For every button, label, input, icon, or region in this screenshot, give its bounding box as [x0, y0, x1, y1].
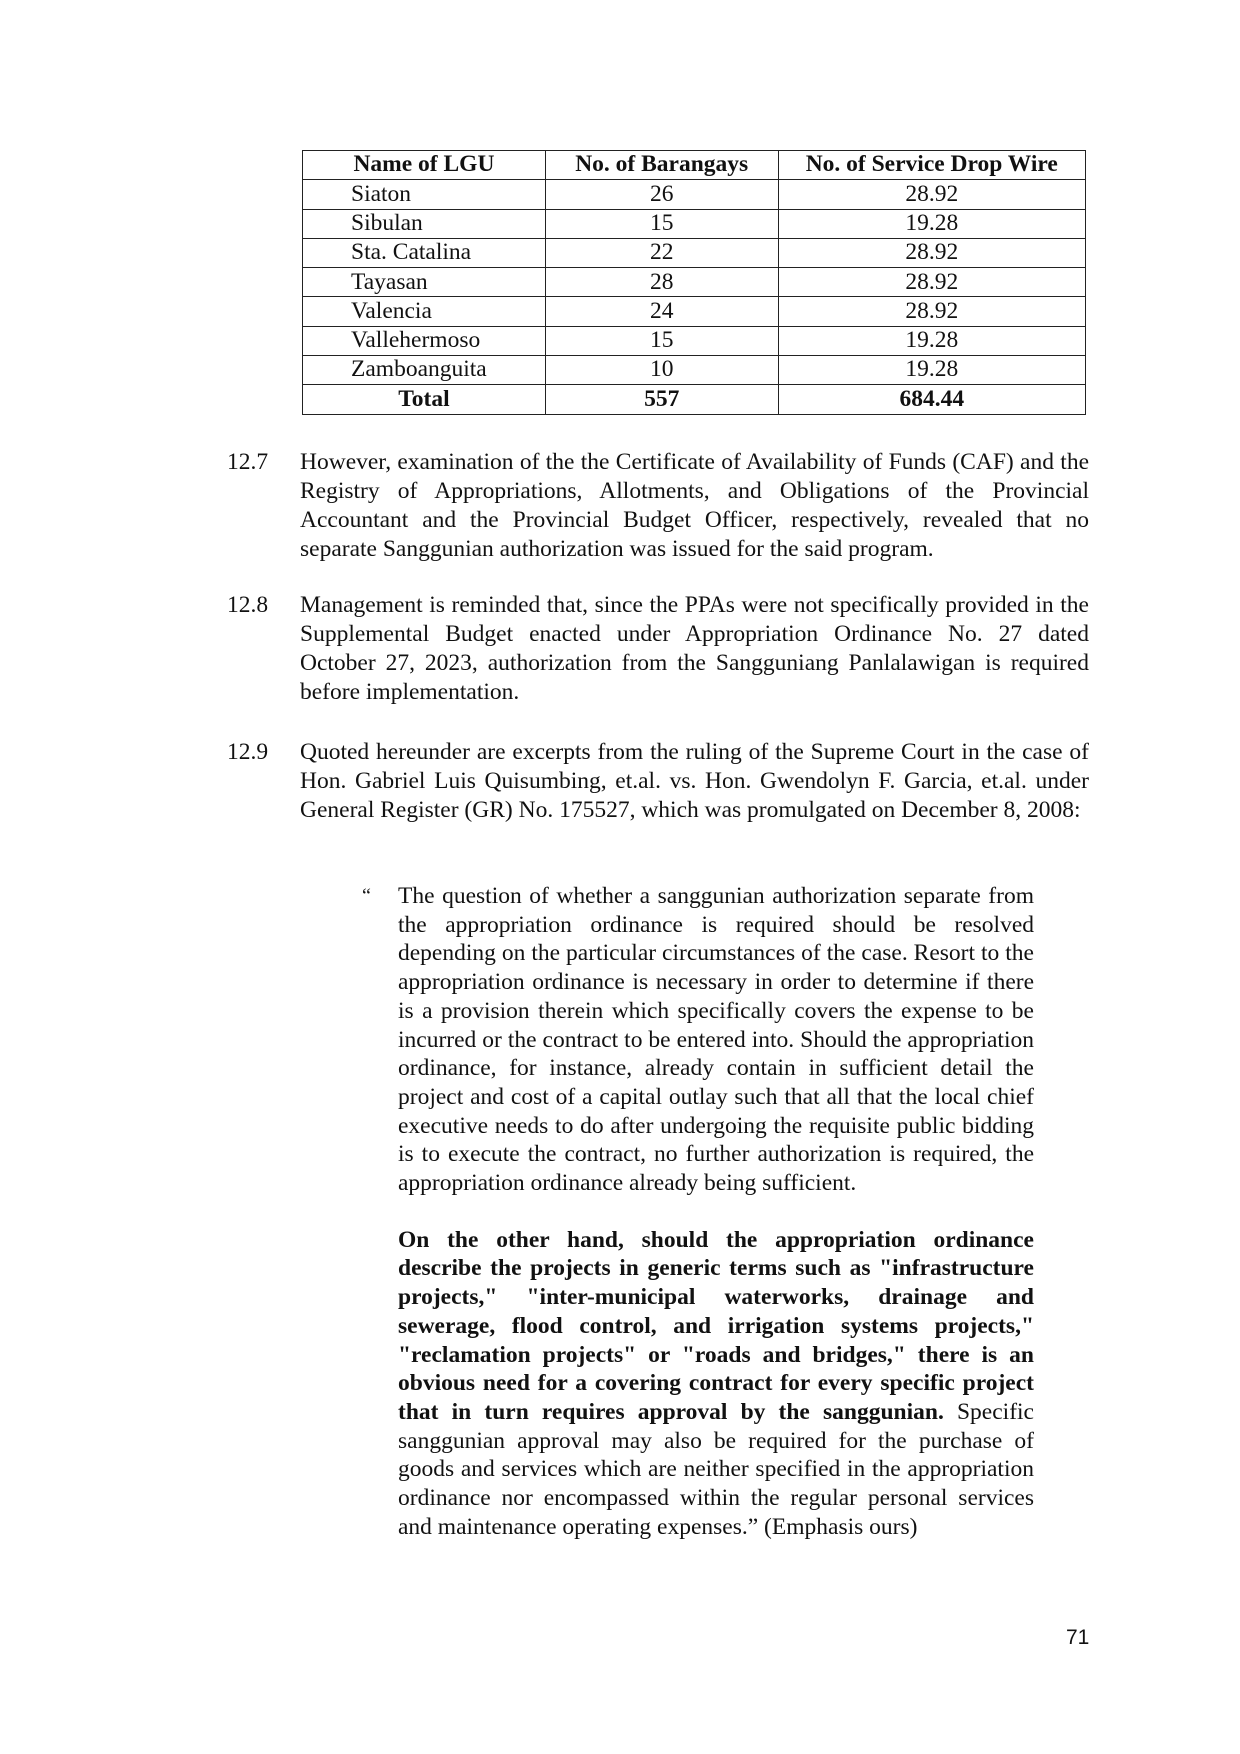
barangay-count: 26 — [545, 180, 778, 209]
quote-emphasis: On the other hand, should the appropriat… — [398, 1227, 1034, 1425]
paragraph-12-9: 12.9 Quoted hereunder are excerpts from … — [227, 738, 1089, 825]
table-header-row: Name of LGU No. of Barangays No. of Serv… — [303, 151, 1086, 180]
service-drop-wire-count: 28.92 — [778, 238, 1085, 267]
paragraph-text: Quoted hereunder are excerpts from the r… — [300, 738, 1089, 825]
lgu-name: Zamboanguita — [303, 356, 546, 385]
table-row: Zamboanguita 10 19.28 — [303, 356, 1086, 385]
lgu-name: Valencia — [303, 297, 546, 326]
lgu-name: Siaton — [303, 180, 546, 209]
paragraph-number: 12.9 — [227, 738, 268, 767]
barangay-count: 28 — [545, 268, 778, 297]
column-header-lgu: Name of LGU — [303, 151, 546, 180]
lgu-service-drop-wire-table: Name of LGU No. of Barangays No. of Serv… — [302, 150, 1086, 415]
paragraph-12-8: 12.8 Management is reminded that, since … — [227, 591, 1089, 707]
page-number: 71 — [1066, 1626, 1089, 1650]
barangay-count: 24 — [545, 297, 778, 326]
quote-paragraph-2: On the other hand, should the appropriat… — [398, 1226, 1034, 1542]
document-page: Name of LGU No. of Barangays No. of Serv… — [0, 0, 1240, 1754]
lgu-name: Vallehermoso — [303, 326, 546, 355]
total-barangays: 557 — [545, 385, 778, 414]
quote-paragraph-1: The question of whether a sanggunian aut… — [398, 882, 1034, 1198]
total-service-drop-wire: 684.44 — [778, 385, 1085, 414]
service-drop-wire-count: 28.92 — [778, 180, 1085, 209]
table-row: Sibulan 15 19.28 — [303, 209, 1086, 238]
paragraph-number: 12.8 — [227, 591, 268, 620]
service-drop-wire-count: 28.92 — [778, 268, 1085, 297]
paragraph-12-7: 12.7 However, examination of the the Cer… — [227, 448, 1089, 564]
paragraph-text: Management is reminded that, since the P… — [300, 591, 1089, 707]
barangay-count: 15 — [545, 209, 778, 238]
column-header-service-drop-wire: No. of Service Drop Wire — [778, 151, 1085, 180]
lgu-name: Tayasan — [303, 268, 546, 297]
column-header-barangays: No. of Barangays — [545, 151, 778, 180]
total-label: Total — [303, 385, 546, 414]
table-row: Vallehermoso 15 19.28 — [303, 326, 1086, 355]
paragraph-number: 12.7 — [227, 448, 268, 477]
table-row: Valencia 24 28.92 — [303, 297, 1086, 326]
lgu-name: Sibulan — [303, 209, 546, 238]
paragraph-text: However, examination of the the Certific… — [300, 448, 1089, 564]
table-row: Siaton 26 28.92 — [303, 180, 1086, 209]
table-row: Sta. Catalina 22 28.92 — [303, 238, 1086, 267]
open-quote-mark: “ — [362, 882, 371, 911]
service-drop-wire-count: 19.28 — [778, 326, 1085, 355]
table-total-row: Total 557 684.44 — [303, 385, 1086, 414]
service-drop-wire-count: 19.28 — [778, 209, 1085, 238]
table-row: Tayasan 28 28.92 — [303, 268, 1086, 297]
service-drop-wire-count: 19.28 — [778, 356, 1085, 385]
barangay-count: 15 — [545, 326, 778, 355]
barangay-count: 10 — [545, 356, 778, 385]
lgu-name: Sta. Catalina — [303, 238, 546, 267]
supreme-court-quote: “ The question of whether a sanggunian a… — [362, 882, 1034, 1541]
barangay-count: 22 — [545, 238, 778, 267]
service-drop-wire-count: 28.92 — [778, 297, 1085, 326]
